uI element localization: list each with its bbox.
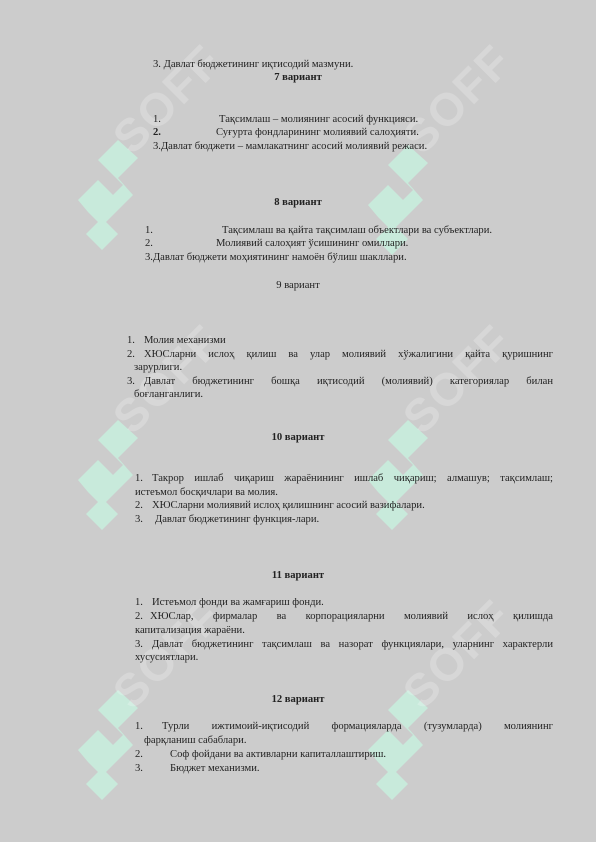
list-item-number: 2. <box>135 748 143 761</box>
list-item: Давлат бюджетининг функция-лари. <box>155 513 319 526</box>
list-item: ХЮСларни молиявий ислоҳ қилишнинг асосий… <box>152 499 425 512</box>
list-item-number: 3. <box>135 638 143 651</box>
list-item: Турли ижтимоий-иқтисодий формацияларда (… <box>162 720 553 733</box>
list-item: ХЮСларни ислоҳ қилиш ва улар молиявий хў… <box>144 348 553 361</box>
list-item: 3. Давлат бюджетининг иқтисодий мазмуни. <box>153 58 353 71</box>
list-item: Давлат бюджетининг бошқа иқтисодий (моли… <box>144 375 553 388</box>
section-title: 9 вариант <box>0 279 596 292</box>
list-item: Молиявий салоҳият ўсишининг омиллари. <box>216 237 408 250</box>
list-item-number: 2. <box>135 499 143 512</box>
list-item-number: 3. <box>127 375 135 388</box>
list-item-number: 2. <box>145 237 153 250</box>
list-item-continuation: истеъмол босқичлари ва молия. <box>135 486 278 499</box>
list-item: 3.Давлат бюджети – мамлакатнинг асосий м… <box>153 140 427 153</box>
list-item: Такрор ишлаб чиқариш жараёнининг ишлаб ч… <box>152 472 553 485</box>
section-title: 12 вариант <box>0 693 596 706</box>
list-item: 3.Давлат бюджети моҳиятининг намоён бўли… <box>145 251 407 264</box>
list-item: Давлат бюджетининг тақсимлаш ва назорат … <box>152 638 553 651</box>
list-item-continuation: капитализация жараёни. <box>135 624 245 637</box>
list-item-number: 1. <box>135 596 143 609</box>
list-item-continuation: боғланганлиги. <box>134 388 203 401</box>
list-item-continuation: фарқланиш сабаблари. <box>144 734 247 747</box>
section-title: 10 вариант <box>0 431 596 444</box>
list-item: Тақсимлаш ва қайта тақсимлаш объектлари … <box>222 224 492 237</box>
list-item-number: 1. <box>153 113 161 126</box>
list-item-continuation: хусусиятлари. <box>135 651 198 664</box>
list-item-number: 1. <box>145 224 153 237</box>
list-item: Истеъмол фонди ва жамғариш фонди. <box>152 596 324 609</box>
list-item-number: 1. <box>127 334 135 347</box>
list-item: Тақсимлаш – молиянинг асосий функцияси. <box>219 113 418 126</box>
section-title: 8 вариант <box>0 196 596 209</box>
list-item-number: 1. <box>135 720 143 733</box>
list-item-number: 2. <box>153 126 161 139</box>
section-title: 7 вариант <box>0 71 596 84</box>
list-item-number: 3. <box>135 513 143 526</box>
list-item-number: 1. <box>135 472 143 485</box>
list-item-continuation: зарурлиги. <box>134 361 182 374</box>
list-item-number: 3. <box>135 762 143 775</box>
list-item: Молия механизми <box>144 334 226 347</box>
document-page: 3. Давлат бюджетининг иқтисодий мазмуни.… <box>0 0 596 842</box>
list-item-number: 2. <box>127 348 135 361</box>
list-item: Соф фойдани ва активларни капиталлаштири… <box>170 748 386 761</box>
section-title: 11 вариант <box>0 569 596 582</box>
list-item: ХЮСлар, фирмалар ва корпорацияларни моли… <box>150 610 553 623</box>
list-item: Бюджет механизми. <box>170 762 260 775</box>
list-item: Суғурта фондларининг молиявий салоҳияти. <box>216 126 419 139</box>
list-item-number: 2. <box>135 610 143 623</box>
